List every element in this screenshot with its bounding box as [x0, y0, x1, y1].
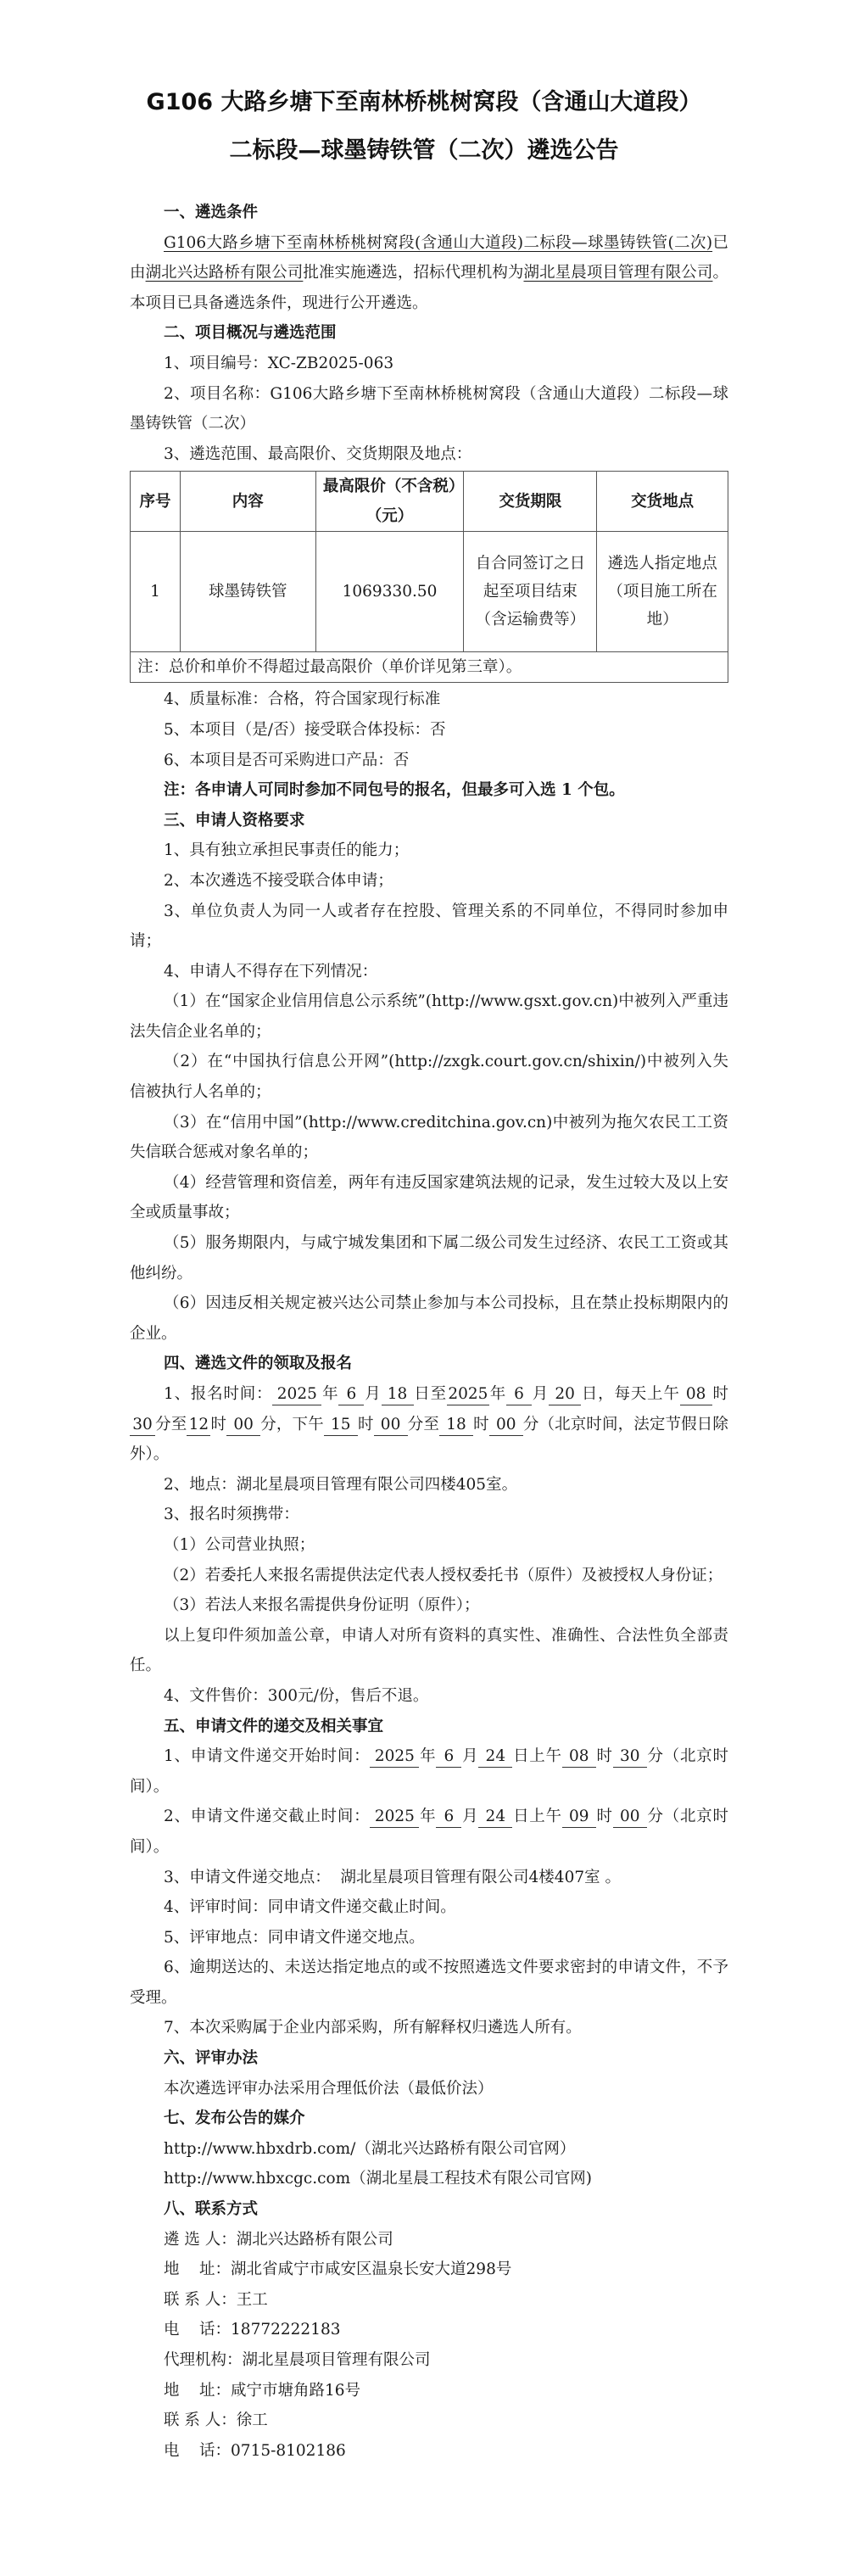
table-note-row: 注：总价和单价不得超过最高限价（单价详见第三章）。 [131, 652, 728, 683]
text-span: 时 [358, 1416, 374, 1433]
text-span: 日至 [414, 1385, 447, 1403]
contact-label: 电 话： [164, 2442, 231, 2460]
material-1: （1）公司营业执照； [130, 1530, 728, 1561]
section-4-heading: 四、遴选文件的领取及报名 [130, 1349, 728, 1379]
text-span: 时 [473, 1416, 489, 1433]
contact-label: 地 址： [164, 2260, 231, 2278]
text-span: 2、申请文件递交截止时间： [164, 1808, 370, 1825]
table-note: 注：总价和单价不得超过最高限价（单价详见第三章）。 [131, 652, 728, 683]
title-line-1: G106 大路乡塘下至南林桥桃树窝段（含通山大道段） [0, 83, 848, 116]
text-span: 月 [532, 1385, 549, 1403]
reg-start-day: 18 [382, 1384, 414, 1405]
submit-end-year: 2025 [370, 1807, 419, 1828]
exclusion-1: （1）在“国家企业信用信息公示系统”(http://www.gsxt.gov.c… [130, 986, 728, 1047]
contact-label: 联 系 人： [164, 2291, 237, 2309]
document-price: 4、文件售价：300元/份，售后不退。 [130, 1681, 728, 1712]
text-span: 时 [596, 1747, 613, 1765]
contact-value: 0715-8102186 [231, 2442, 346, 2460]
submit-start-year: 2025 [370, 1746, 419, 1768]
text-span: 批准实施遴选，招标代理机构为 [303, 264, 523, 282]
reg-end-day: 20 [549, 1384, 581, 1405]
section-8-heading: 八、联系方式 [130, 2194, 728, 2225]
consortium-accepted: 5、本项目（是/否）接受联合体投标：否 [130, 715, 728, 746]
submit-end-hour: 09 [562, 1807, 596, 1828]
header-index: 序号 [131, 472, 181, 532]
registration-time: 1、报名时间：2025年6月18日至2025年6月20日，每天上午08时30分至… [130, 1379, 728, 1470]
contact-label: 遴 选 人： [164, 2231, 237, 2249]
media-link-2[interactable]: http://www.hbxcgc.com（湖北星晨工程技术有限公司官网) [130, 2164, 728, 2194]
text-span: 月 [364, 1385, 381, 1403]
table-row: 1 球墨铸铁管 1069330.50 自合同签订之日起至项目结束（含运输费等） … [131, 532, 728, 652]
text-span: 时 [596, 1808, 613, 1825]
project-name: 2、项目名称：G106大路乡塘下至南林桥桃树窝段（含通山大道段）二标段—球墨铸铁… [130, 379, 728, 439]
interpretation-note: 7、本次采购属于企业内部采购，所有解释权归遴选人所有。 [130, 2013, 728, 2043]
exclusion-3: （3）在“信用中国”(http://www.creditchina.gov.cn… [130, 1108, 728, 1168]
text-span: 年 [489, 1385, 506, 1403]
contact-row: 联 系 人：徐工 [130, 2406, 728, 2436]
scope-table: 序号 内容 最高限价（不含税）（元） 交货期限 交货地点 1 球墨铸铁管 106… [130, 471, 728, 683]
text-span: 1、报名时间： [164, 1385, 272, 1403]
qualification-4: 4、申请人不得存在下列情况： [130, 957, 728, 987]
contact-row: 地 址：咸宁市塘角路16号 [130, 2376, 728, 2406]
submission-deadline: 2、申请文件递交截止时间：2025年6月24日上午09时00分（北京时间）。 [130, 1802, 728, 1862]
text-span: 月 [461, 1808, 478, 1825]
contact-value: 湖北省咸宁市咸安区温泉长安大道298号 [231, 2260, 511, 2278]
text-span: 时 [712, 1385, 728, 1403]
text-span: 分 [523, 1416, 539, 1433]
reg-start-year: 2025 [272, 1384, 321, 1405]
contact-row: 地 址：湖北省咸宁市咸安区温泉长安大道298号 [130, 2255, 728, 2285]
text-span: 1、申请文件递交开始时间： [164, 1747, 370, 1765]
contact-row: 联 系 人：王工 [130, 2285, 728, 2316]
cell-index: 1 [131, 532, 181, 652]
contact-value: 王工 [237, 2291, 268, 2309]
material-2: （2）若委托人来报名需提供法定代表人授权委托书（原件）及被授权人身份证； [130, 1561, 728, 1591]
announcement-body: 一、遴选条件 G106大路乡塘下至南林桥桃树窝段(含通山大道段)二标段—球墨铸铁… [130, 198, 728, 2466]
exclusion-2: （2）在“中国执行信息公开网”(http://zxgk.court.gov.cn… [130, 1047, 728, 1107]
reg-start-month: 6 [338, 1384, 364, 1405]
quality-standard: 4、质量标准：合格，符合国家现行标准 [130, 685, 728, 715]
review-time: 4、评审时间：同申请文件递交截止时间。 [130, 1892, 728, 1923]
submit-end-day: 24 [478, 1807, 512, 1828]
exclusion-4: （4）经营管理和资信差，两年有违反国家建筑法规的记录，发生过较大及以上安全或质量… [130, 1168, 728, 1228]
submission-location: 3、申请文件递交地点： 湖北星晨项目管理有限公司4楼407室 。 [130, 1863, 728, 1893]
contact-label: 联 系 人： [164, 2411, 237, 2429]
contact-row: 电 话：0715-8102186 [130, 2436, 728, 2467]
reg-am-start-hour: 08 [680, 1384, 712, 1405]
exclusion-5: （5）服务期限内，与咸宁城发集团和下属二级公司发生过经济、农民工工资或其他纠纷。 [130, 1228, 728, 1288]
contact-row: 遴 选 人：湖北兴达路桥有限公司 [130, 2225, 728, 2255]
submit-start-month: 6 [436, 1746, 461, 1768]
contact-label: 代理机构： [164, 2351, 243, 2369]
import-allowed: 6、本项目是否可采购进口产品：否 [130, 746, 728, 776]
reg-pm-start-minute: 00 [374, 1415, 408, 1436]
project-name-underlined: G106大路乡塘下至南林桥桃树窝段(含通山大道段)二标段—球墨铸铁管(二次) [164, 234, 712, 252]
copies-stamp-note: 以上复印件须加盖公章，申请人对所有资料的真实性、准确性、合法性负全部责任。 [130, 1621, 728, 1681]
cell-delivery-place: 遴选人指定地点（项目施工所在地） [597, 532, 728, 652]
contact-value: 湖北兴达路桥有限公司 [237, 2231, 393, 2249]
review-location: 5、评审地点：同申请文件递交地点。 [130, 1923, 728, 1953]
section-7-heading: 七、发布公告的媒介 [130, 2104, 728, 2134]
package-note: 注：各申请人可同时参加不同包号的报名，但最多可入选 1 个包。 [130, 775, 728, 806]
text-span: 日，每天上午 [581, 1385, 680, 1403]
header-delivery-period: 交货期限 [464, 472, 597, 532]
section-5-heading: 五、申请文件的递交及相关事宜 [130, 1712, 728, 1742]
title-line-2: 二标段—球墨铸铁管（二次）遴选公告 [0, 131, 848, 165]
section-6-heading: 六、评审办法 [130, 2043, 728, 2074]
text-span: 日上午 [512, 1808, 561, 1825]
evaluation-method: 本次遴选评审办法采用合理低价法（最低价法） [130, 2074, 728, 2104]
section-3-heading: 三、申请人资格要求 [130, 806, 728, 836]
late-submission-note: 6、逾期送达的、未送达指定地点的或不按照遴选文件要求密封的申请文件，不予受理。 [130, 1953, 728, 2013]
text-span: 时 [210, 1416, 226, 1433]
reg-pm-end-hour: 18 [439, 1415, 473, 1436]
cell-delivery-period: 自合同签订之日起至项目结束（含运输费等） [464, 532, 597, 652]
qualification-2: 2、本次遴选不接受联合体申请； [130, 866, 728, 897]
section-2-heading: 二、项目概况与遴选范围 [130, 318, 728, 349]
qualification-3: 3、单位负责人为同一人或者存在控股、管理关系的不同单位，不得同时参加申请； [130, 897, 728, 957]
owner-underlined: 湖北兴达路桥有限公司 [146, 264, 304, 282]
submit-start-minute: 30 [613, 1746, 647, 1768]
material-3: （3）若法人来报名需提供身份证明（原件）； [130, 1590, 728, 1621]
header-max-price: 最高限价（不含税）（元） [315, 472, 464, 532]
contact-label: 地 址： [164, 2382, 231, 2400]
reg-end-year: 2025 [447, 1384, 489, 1405]
reg-pm-start-hour: 15 [324, 1415, 358, 1436]
reg-am-end-hour: 12 [187, 1415, 210, 1436]
reg-end-month: 6 [506, 1384, 532, 1405]
table-header-row: 序号 内容 最高限价（不含税）（元） 交货期限 交货地点 [131, 472, 728, 532]
registration-location: 2、地点：湖北星晨项目管理有限公司四楼405室。 [130, 1470, 728, 1500]
agent-underlined: 湖北星晨项目管理有限公司 [524, 264, 713, 282]
text-span: 分至 [408, 1416, 439, 1433]
text-span: 分至 [155, 1416, 187, 1433]
submit-end-month: 6 [436, 1807, 461, 1828]
text-span: 分，下午 [260, 1416, 324, 1433]
reg-am-start-minute: 30 [130, 1415, 155, 1436]
text-span: 年 [419, 1808, 436, 1825]
section-1-paragraph: G106大路乡塘下至南林桥桃树窝段(含通山大道段)二标段—球墨铸铁管(二次)已由… [130, 228, 728, 319]
contact-value: 湖北星晨项目管理有限公司 [243, 2351, 431, 2369]
cell-content: 球墨铸铁管 [180, 532, 315, 652]
contact-value: 徐工 [237, 2411, 268, 2429]
media-link-1[interactable]: http://www.hbxdrb.com/（湖北兴达路桥有限公司官网） [130, 2134, 728, 2165]
text-span: 年 [321, 1385, 338, 1403]
contact-value: 18772222183 [231, 2321, 340, 2339]
scope-intro: 3、遴选范围、最高限价、交货期限及地点： [130, 439, 728, 470]
exclusion-6: （6）因违反相关规定被兴达公司禁止参加与本公司投标，且在禁止投标期限内的企业。 [130, 1288, 728, 1349]
qualification-1: 1、具有独立承担民事责任的能力； [130, 835, 728, 866]
project-number: 1、项目编号：XC-ZB2025-063 [130, 349, 728, 379]
contact-row: 代理机构：湖北星晨项目管理有限公司 [130, 2345, 728, 2376]
contact-value: 咸宁市塘角路16号 [231, 2382, 360, 2400]
section-1-heading: 一、遴选条件 [130, 198, 728, 228]
cell-max-price: 1069330.50 [315, 532, 464, 652]
reg-am-end-minute: 00 [226, 1415, 260, 1436]
text-span: 年 [419, 1747, 436, 1765]
submit-start-hour: 08 [562, 1746, 596, 1768]
text-span: 月 [461, 1747, 478, 1765]
header-delivery-place: 交货地点 [597, 472, 728, 532]
submit-end-minute: 00 [613, 1807, 647, 1828]
registration-materials: 3、报名时须携带： [130, 1500, 728, 1530]
contact-row: 电 话：18772222183 [130, 2315, 728, 2345]
submit-start-day: 24 [478, 1746, 512, 1768]
reg-pm-end-minute: 00 [489, 1415, 523, 1436]
text-span: 日上午 [512, 1747, 561, 1765]
submission-start-time: 1、申请文件递交开始时间：2025年6月24日上午08时30分（北京时间）。 [130, 1741, 728, 1802]
header-content: 内容 [180, 472, 315, 532]
contact-label: 电 话： [164, 2321, 231, 2339]
